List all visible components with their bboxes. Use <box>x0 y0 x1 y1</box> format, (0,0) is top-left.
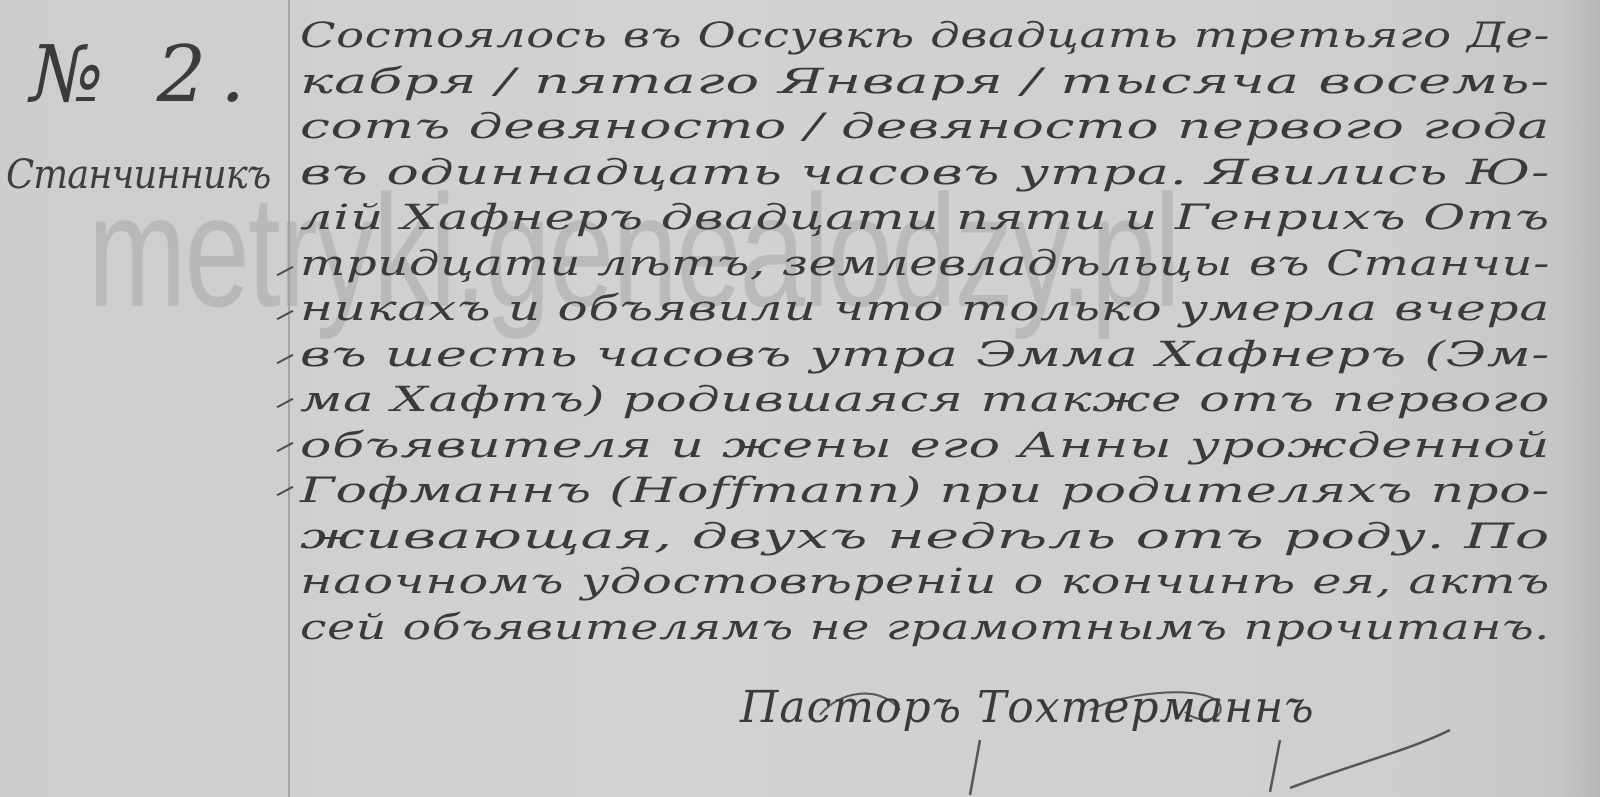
tick-mark <box>277 486 294 496</box>
record-line: Гофманнъ (Hoffmann) при родителяхъ про- <box>300 469 1562 515</box>
tick-mark <box>277 398 294 408</box>
record-line: объявителя и жены его Анны урожденной <box>300 424 1562 470</box>
record-number: № 2. <box>30 30 259 120</box>
record-line: тридцати лѣтъ, землевладѣльцы въ Станчи- <box>300 242 1562 288</box>
margin-tick-marks <box>272 270 302 410</box>
record-body: Состоялось въ Оссувкѣ двадцать третьяго … <box>300 14 1562 651</box>
record-line: въ одиннадцать часовъ утра. Явились Ю- <box>300 151 1562 197</box>
record-line: Состоялось въ Оссувкѣ двадцать третьяго … <box>300 14 1562 60</box>
record-line: кабря / пятаго Января / тысяча восемь- <box>300 60 1562 106</box>
page-edge-shadow <box>1560 0 1600 797</box>
tick-mark <box>277 310 294 320</box>
record-line: ма Хафтъ) родившаяся также отъ первого <box>300 378 1562 424</box>
tick-mark <box>277 442 294 452</box>
record-line: наочномъ удостовѣреніи о кончинѣ ея, акт… <box>300 560 1562 606</box>
record-line: сей объявителямъ не грамотнымъ прочитанъ… <box>300 606 1562 652</box>
pastor-signature: Пасторъ Тохтерманнъ <box>740 682 1315 733</box>
tick-mark <box>277 266 294 276</box>
tick-mark <box>277 354 294 364</box>
record-line: въ шесть часовъ утра Эмма Хафнеръ (Эм- <box>300 333 1562 379</box>
record-line: никахъ и объявили что только умерла вчер… <box>300 287 1562 333</box>
document-page: metryki.genealodzy.pl № 2. Станчинникъ С… <box>0 0 1600 797</box>
record-line: живающая, двухъ недѣль отъ роду. По <box>300 515 1562 561</box>
margin-place-name: Станчинникъ <box>6 152 270 198</box>
record-line: сотъ девяносто / девяносто первого года <box>300 105 1562 151</box>
record-line: лій Хафнеръ двадцати пяти и Генрихъ Отъ <box>300 196 1562 242</box>
